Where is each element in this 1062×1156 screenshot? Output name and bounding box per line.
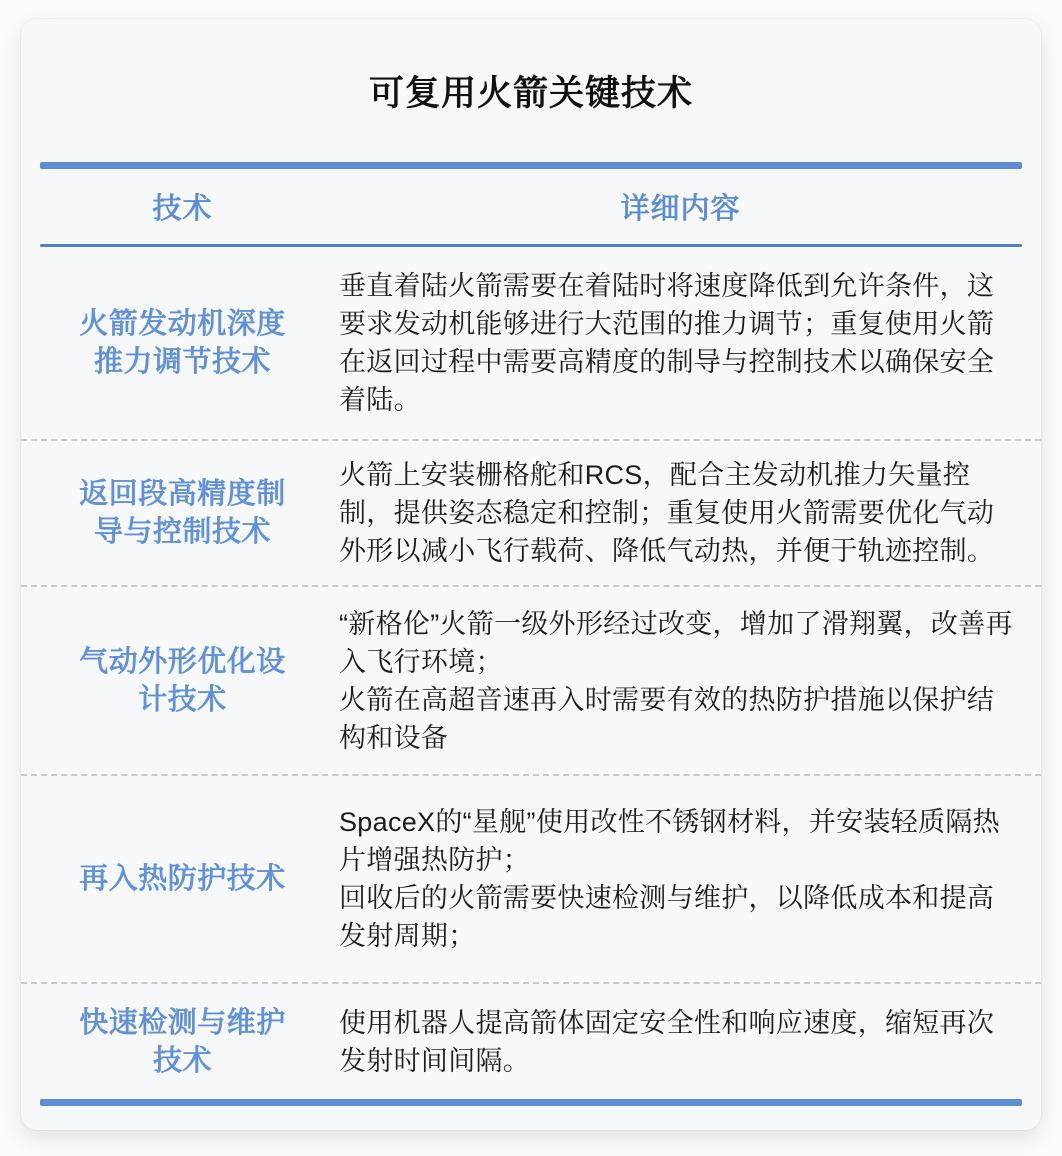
detail-cell: 垂直着陆火箭需要在着陆时将速度降低到允许条件，这要求发动机能够进行大范围的推力调…	[339, 253, 1022, 433]
column-header-detail: 详细内容	[339, 186, 1022, 227]
tech-cell: 火箭发动机深度 推力调节技术	[40, 305, 325, 381]
tech-cell: 返回段高精度制 导与控制技术	[40, 475, 325, 551]
tech-cell: 气动外形优化设 计技术	[40, 643, 325, 719]
detail-cell: 使用机器人提高箭体固定安全性和响应速度，缩短再次发射时间间隔。	[339, 990, 1022, 1094]
table-row: 气动外形优化设 计技术 “新格伦”火箭一级外形经过改变，增加了滑翔翼，改善再入飞…	[21, 585, 1041, 774]
card-title: 可复用火箭关键技术	[369, 66, 693, 116]
bottom-divider	[40, 1099, 1022, 1106]
tech-cell: 再入热防护技术	[40, 860, 325, 898]
page-background: 可复用火箭关键技术 技术 详细内容 火箭发动机深度 推力调节技术 垂直着陆火箭需…	[0, 0, 1062, 1156]
detail-cell: SpaceX的“星舰”使用改性不锈钢材料，并安装轻质隔热片增强热防护； 回收后的…	[339, 789, 1022, 969]
title-band: 可复用火箭关键技术	[21, 19, 1041, 162]
table-body: 火箭发动机深度 推力调节技术 垂直着陆火箭需要在着陆时将速度降低到允许条件，这要…	[21, 247, 1041, 1099]
table-row: 返回段高精度制 导与控制技术 火箭上安装栅格舵和RCS，配合主发动机推力矢量控制…	[21, 439, 1041, 585]
detail-cell: 火箭上安装栅格舵和RCS，配合主发动机推力矢量控制，提供姿态稳定和控制；重复使用…	[339, 442, 1022, 584]
tech-cell: 快速检测与维护 技术	[40, 1004, 325, 1080]
card-bottom-padding	[21, 1106, 1041, 1128]
detail-cell: “新格伦”火箭一级外形经过改变，增加了滑翔翼，改善再入飞行环境； 火箭在高超音速…	[339, 591, 1022, 771]
table-card: 可复用火箭关键技术 技术 详细内容 火箭发动机深度 推力调节技术 垂直着陆火箭需…	[21, 19, 1041, 1130]
table-row: 火箭发动机深度 推力调节技术 垂直着陆火箭需要在着陆时将速度降低到允许条件，这要…	[21, 247, 1041, 439]
table-row: 再入热防护技术 SpaceX的“星舰”使用改性不锈钢材料，并安装轻质隔热片增强热…	[21, 774, 1041, 982]
table-row: 快速检测与维护 技术 使用机器人提高箭体固定安全性和响应速度，缩短再次发射时间间…	[21, 982, 1041, 1099]
table-header-row: 技术 详细内容	[21, 169, 1041, 244]
top-divider	[40, 162, 1022, 169]
column-header-tech: 技术	[40, 186, 325, 227]
